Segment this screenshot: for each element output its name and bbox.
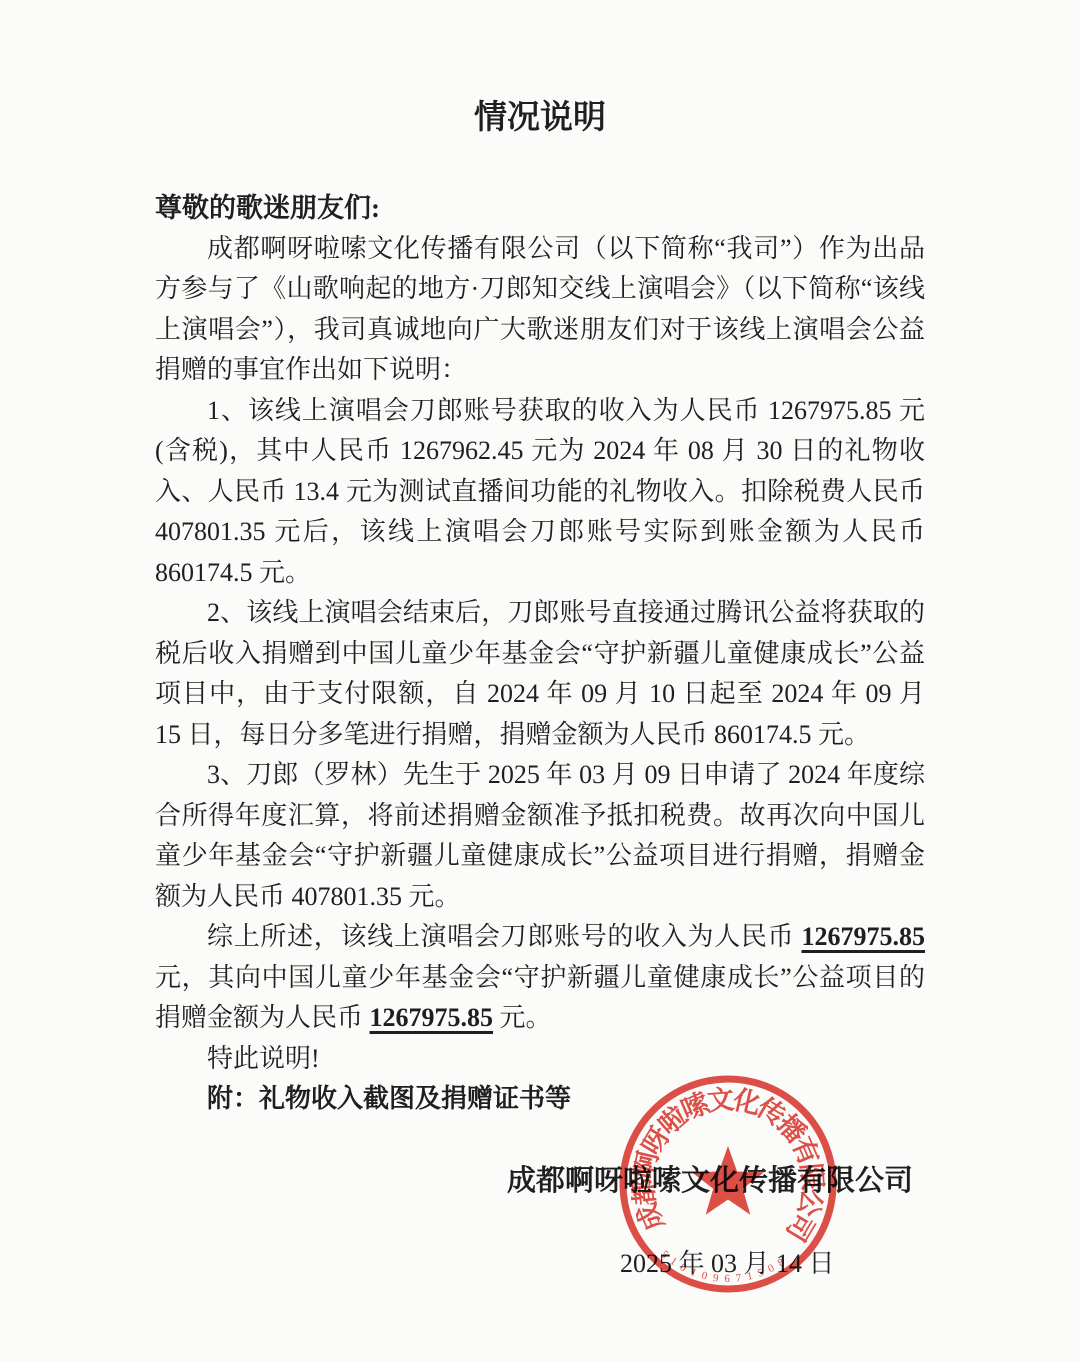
highlighted-amount: 1267975.85 — [370, 1003, 494, 1032]
text-segment: 3、刀郎（罗林）先生于 2025 年 03 月 09 日申请了 2024 年度综… — [155, 760, 925, 911]
svg-text:8: 8 — [775, 1256, 787, 1269]
svg-text:0: 0 — [700, 1270, 709, 1283]
svg-text:0: 0 — [678, 1261, 689, 1274]
svg-text:1: 1 — [668, 1255, 679, 1268]
text-segment: 2、该线上演唱会结束后，刀郎账号直接通过腾讯公益将获取的税后收入捐赠到中国儿童少… — [155, 598, 925, 749]
text-segment: 综上所述，该线上演唱会刀郎账号的收入为人民币 — [207, 922, 802, 951]
text-segment: 元。 — [493, 1003, 552, 1032]
text-segment: 特此说明! — [207, 1044, 320, 1073]
svg-text:6: 6 — [724, 1273, 730, 1285]
svg-text:1: 1 — [746, 1270, 754, 1283]
paragraph-summary: 综上所述，该线上演唱会刀郎账号的收入为人民币 1267975.85 元，其向中国… — [155, 917, 925, 1039]
highlighted-amount: 1267975.85 — [802, 922, 926, 951]
salutation: 尊敬的歌迷朋友们: — [155, 188, 925, 229]
svg-text:9: 9 — [712, 1272, 720, 1285]
paragraph-intro: 成都啊呀啦嗦文化传播有限公司（以下简称“我司”）作为出品方参与了《山歌响起的地方… — [155, 229, 925, 391]
text-segment: 附：礼物收入截图及捐赠证书等 — [207, 1084, 571, 1113]
star-icon — [692, 1146, 764, 1215]
svg-text:1: 1 — [689, 1266, 698, 1279]
document-page: 情况说明 尊敬的歌迷朋友们: 成都啊呀啦嗦文化传播有限公司（以下简称“我司”）作… — [155, 0, 925, 1120]
document-title: 情况说明 — [155, 99, 925, 137]
svg-text:5: 5 — [658, 1248, 670, 1261]
document-body: 成都啊呀啦嗦文化传播有限公司（以下简称“我司”）作为出品方参与了《山歌响起的地方… — [155, 229, 925, 1120]
svg-text:5: 5 — [756, 1266, 766, 1279]
text-segment: 1、该线上演唱会刀郎账号获取的收入为人民币 1267975.85 元(含税)，其… — [155, 396, 925, 587]
svg-text:7: 7 — [735, 1272, 742, 1285]
official-seal-stamp: 成都啊呀啦嗦文化传播有限公司510109671508 — [612, 1068, 844, 1300]
paragraph-item-3: 3、刀郎（罗林）先生于 2025 年 03 月 09 日申请了 2024 年度综… — [155, 755, 925, 917]
paragraph-item-1: 1、该线上演唱会刀郎账号获取的收入为人民币 1267975.85 元(含税)，其… — [155, 391, 925, 594]
svg-text:0: 0 — [766, 1262, 777, 1275]
text-segment: 成都啊呀啦嗦文化传播有限公司（以下简称“我司”）作为出品方参与了《山歌响起的地方… — [155, 234, 925, 385]
paragraph-item-2: 2、该线上演唱会结束后，刀郎账号直接通过腾讯公益将获取的税后收入捐赠到中国儿童少… — [155, 593, 925, 755]
